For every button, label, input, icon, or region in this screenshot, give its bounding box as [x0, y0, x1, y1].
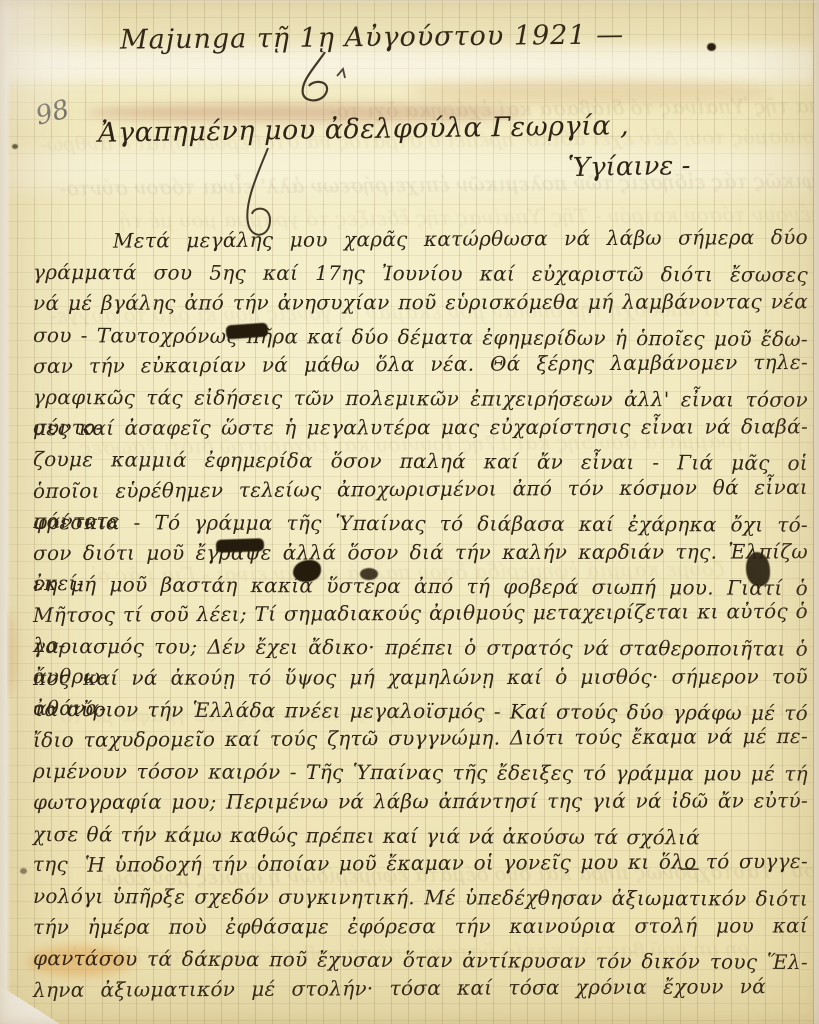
handwritten-line: τήν ἡμέρα ποὺ ἐφθάσαμε ἐφόρεσα τήν καινο… [33, 911, 808, 944]
health-wish-text: Ὑγίαινε - [568, 151, 691, 183]
handwritten-line: Μετά μεγάλης μου χαρᾶς κατώρθωσα νά λάβω… [33, 222, 808, 257]
bleedthrough-text: γραφικῶς τάς εἰδήσεις τῶν πολεμικῶν ἐπιχ… [60, 168, 819, 200]
ink-scribble [226, 323, 269, 340]
archive-number: 98 [33, 94, 72, 131]
handwritten-line: σον διότι μοῦ ἔγραψε ἀλλά ὅσον διά τήν κ… [33, 536, 808, 569]
handwritten-line: γαριασμός του; Δέν ἔχει ἄδικο· πρέπει ὁ … [33, 631, 808, 665]
handwritten-line: Ἡ ὑποδοχή τήν ὁποίαν μοῦ ἔκαμαν οἱ γονεῖ… [33, 846, 808, 881]
letter-page: φρέσκια - Τό γράμμα τῆς Ὑπαίνας τό διάβα… [0, 0, 819, 1024]
handwritten-line: νά μέ βγάλης ἀπό τήν ἀνησυχίαν ποῦ εὑρισ… [33, 287, 808, 320]
ink-scribble [216, 538, 264, 553]
handwritten-line: ἴδιο ταχυδρομεῖο καί τούς ζητῶ συγγνώμη.… [33, 721, 808, 756]
handwritten-line: Μῆτσος τί σοῦ λέει; Τί σημαδιακούς ἀριθμ… [33, 596, 808, 631]
handwritten-line: ληνα ἀξιωματικόν μέ στολήν· τόσα καί τόσ… [33, 970, 808, 1005]
handwriting-flourish [295, 52, 357, 110]
scan-edge [0, 0, 819, 3]
ink-blot [20, 868, 27, 874]
handwritten-line: πος καί νά ἀκούῃ τό ὕψος μή χαμηλώνῃ καί… [33, 661, 808, 694]
scan-edge [0, 0, 7, 1024]
ink-blot [360, 568, 378, 580]
ink-blot [707, 43, 716, 51]
letter-body: Μετά μεγάλης μου χαρᾶς κατώρθωσα νά λάβω… [33, 226, 808, 1006]
handwritten-line: μες καί ἀσαφεῖς ὥστε ἡ μεγαλυτέρα μας εὐ… [33, 412, 808, 445]
handwritten-line: φρέσκια - Τό γράμμα τῆς Ὑπαίνας τό διάβα… [33, 507, 808, 541]
handwritten-line: φωτογραφία μου; Περιμένω νά λάβω ἀπάντησ… [33, 786, 808, 819]
ink-blot [12, 144, 18, 149]
dateline-text: Majunga τῇ 1ῃ Αὐγούστου 1921 — [120, 19, 624, 55]
paper-stain [0, 612, 16, 696]
ink-blot [746, 552, 770, 586]
handwritten-line: σαν τήν εὐκαιρίαν νά μάθω ὅλα νέα. Θά ξέ… [33, 347, 808, 382]
handwritten-line: ὁποῖοι εὑρέθημεν τελείως ἀποχωρισμένοι ἀ… [33, 471, 808, 506]
